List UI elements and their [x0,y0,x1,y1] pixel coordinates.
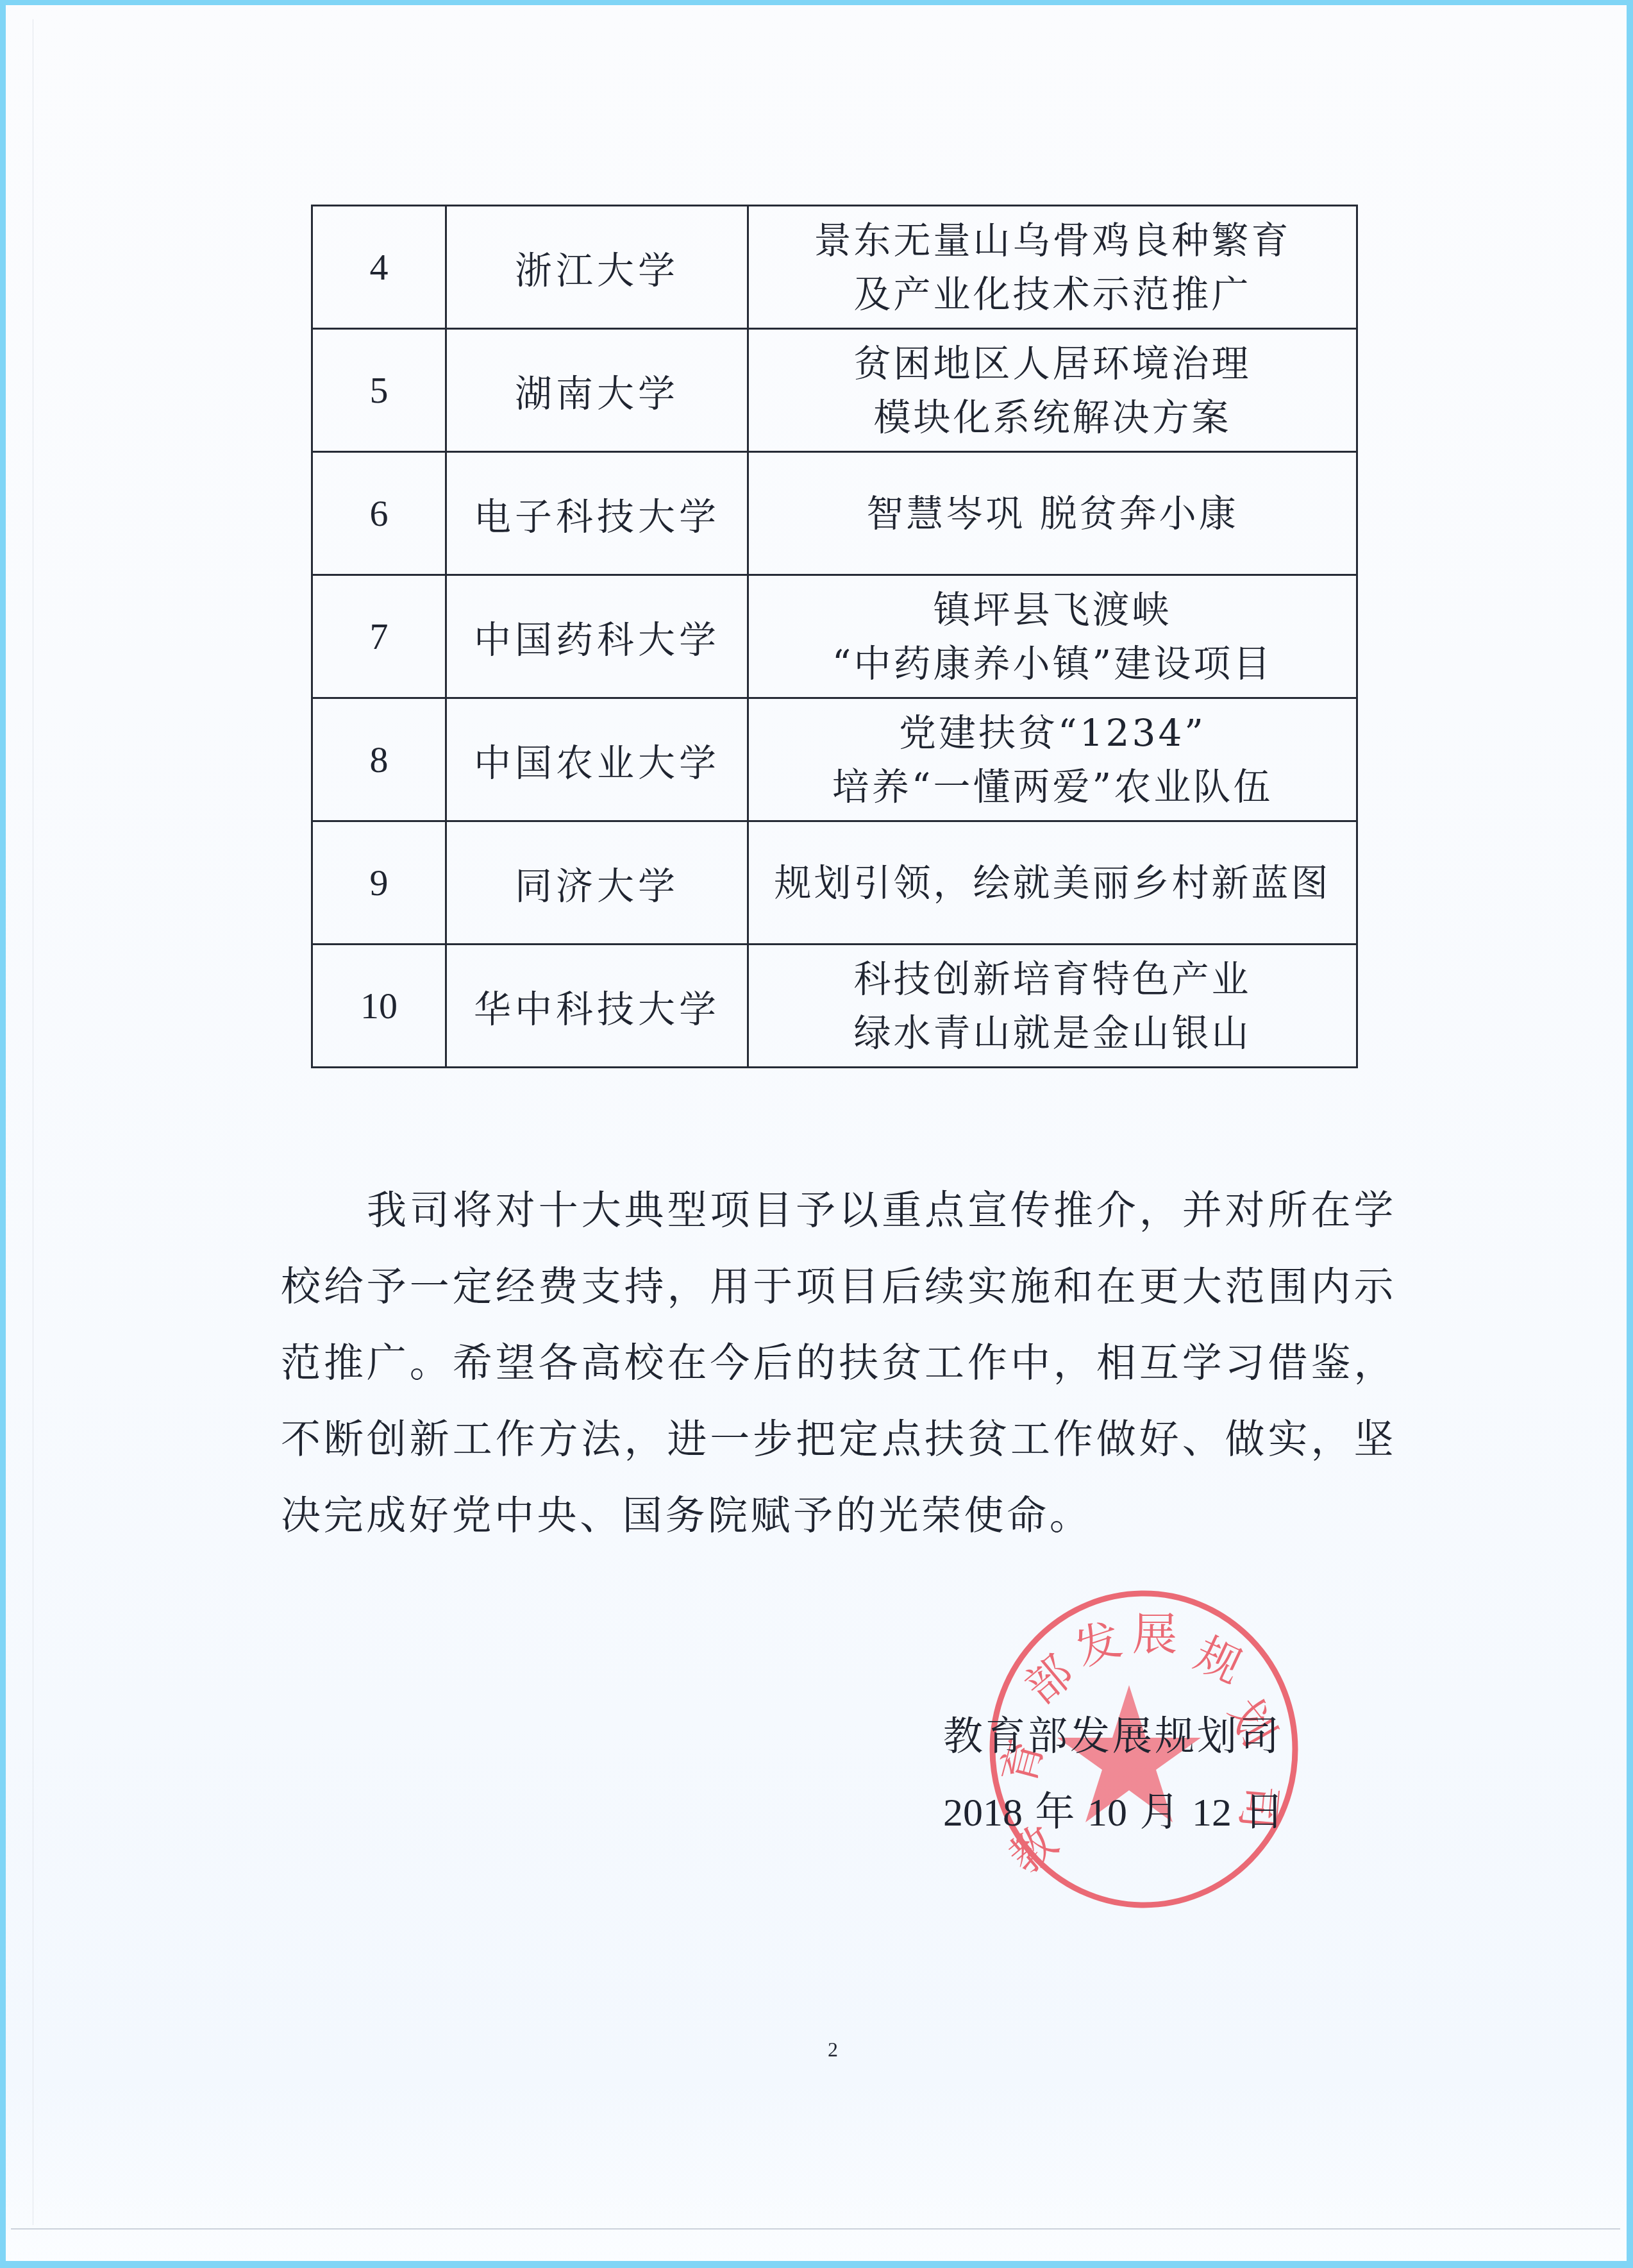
university-name: 浙江大学 [446,206,748,329]
project-line: 镇坪县飞渡峡 [749,583,1356,637]
project-title: 贫困地区人居环境治理 模块化系统解决方案 [748,329,1357,452]
row-number: 9 [312,821,446,945]
project-title: 规划引领，绘就美丽乡村新蓝图 [748,821,1357,945]
page-number: 2 [828,2038,838,2062]
project-line: 绿水青山就是金山银山 [749,1006,1356,1060]
table-row: 6 电子科技大学 智慧岑巩 脱贫奔小康 [312,452,1357,575]
document-page: 4 浙江大学 景东无量山乌骨鸡良种繁育 及产业化技术示范推广 5 湖南大学 贫困… [6,5,1627,2261]
table-row: 8 中国农业大学 党建扶贫“1234” 培养“一懂两爱”农业队伍 [312,698,1357,821]
university-name: 中国农业大学 [446,698,748,821]
body-paragraph: 我司将对十大典型项目予以重点宣传推介，并对所在学校给予一定经费支持，用于项目后续… [281,1172,1396,1554]
row-number: 4 [312,206,446,329]
row-number: 8 [312,698,446,821]
row-number: 6 [312,452,446,575]
university-name: 中国药科大学 [446,575,748,698]
project-line: 培养“一懂两爱”农业队伍 [749,760,1356,814]
issue-date: 2018 年 10 月 12 日 [943,1780,1284,1837]
project-line: 贫困地区人居环境治理 [749,337,1356,391]
project-title: 景东无量山乌骨鸡良种繁育 及产业化技术示范推广 [748,206,1357,329]
svg-text:发: 发 [1069,1612,1128,1676]
scan-edge-line [33,19,33,2225]
project-line: 景东无量山乌骨鸡良种繁育 [749,214,1356,267]
university-name: 湖南大学 [446,329,748,452]
project-title: 党建扶贫“1234” 培养“一懂两爱”农业队伍 [748,698,1357,821]
projects-table: 4 浙江大学 景东无量山乌骨鸡良种繁育 及产业化技术示范推广 5 湖南大学 贫困… [311,205,1358,1068]
svg-text:规: 规 [1187,1627,1250,1693]
project-title: 镇坪县飞渡峡 “中药康养小镇”建设项目 [748,575,1357,698]
project-line: 智慧岑巩 脱贫奔小康 [749,487,1356,541]
issuer-signature: 教育部发展规划司 [943,1704,1282,1761]
svg-text:展: 展 [1132,1608,1177,1661]
project-line: “中药康养小镇”建设项目 [749,637,1356,691]
scan-bottom-edge [11,2228,1620,2230]
project-line: 科技创新培育特色产业 [749,952,1356,1006]
project-line: 及产业化技术示范推广 [749,267,1356,321]
project-title: 智慧岑巩 脱贫奔小康 [748,452,1357,575]
table-row: 5 湖南大学 贫困地区人居环境治理 模块化系统解决方案 [312,329,1357,452]
table-row: 7 中国药科大学 镇坪县飞渡峡 “中药康养小镇”建设项目 [312,575,1357,698]
university-name: 华中科技大学 [446,945,748,1068]
project-line: 模块化系统解决方案 [749,391,1356,444]
university-name: 同济大学 [446,821,748,945]
row-number: 10 [312,945,446,1068]
table-row: 4 浙江大学 景东无量山乌骨鸡良种繁育 及产业化技术示范推广 [312,206,1357,329]
table-row: 10 华中科技大学 科技创新培育特色产业 绿水青山就是金山银山 [312,945,1357,1068]
row-number: 7 [312,575,446,698]
row-number: 5 [312,329,446,452]
project-line: 党建扶贫“1234” [749,706,1356,760]
university-name: 电子科技大学 [446,452,748,575]
project-line: 规划引领，绘就美丽乡村新蓝图 [749,856,1356,910]
table-row: 9 同济大学 规划引领，绘就美丽乡村新蓝图 [312,821,1357,945]
project-title: 科技创新培育特色产业 绿水青山就是金山银山 [748,945,1357,1068]
